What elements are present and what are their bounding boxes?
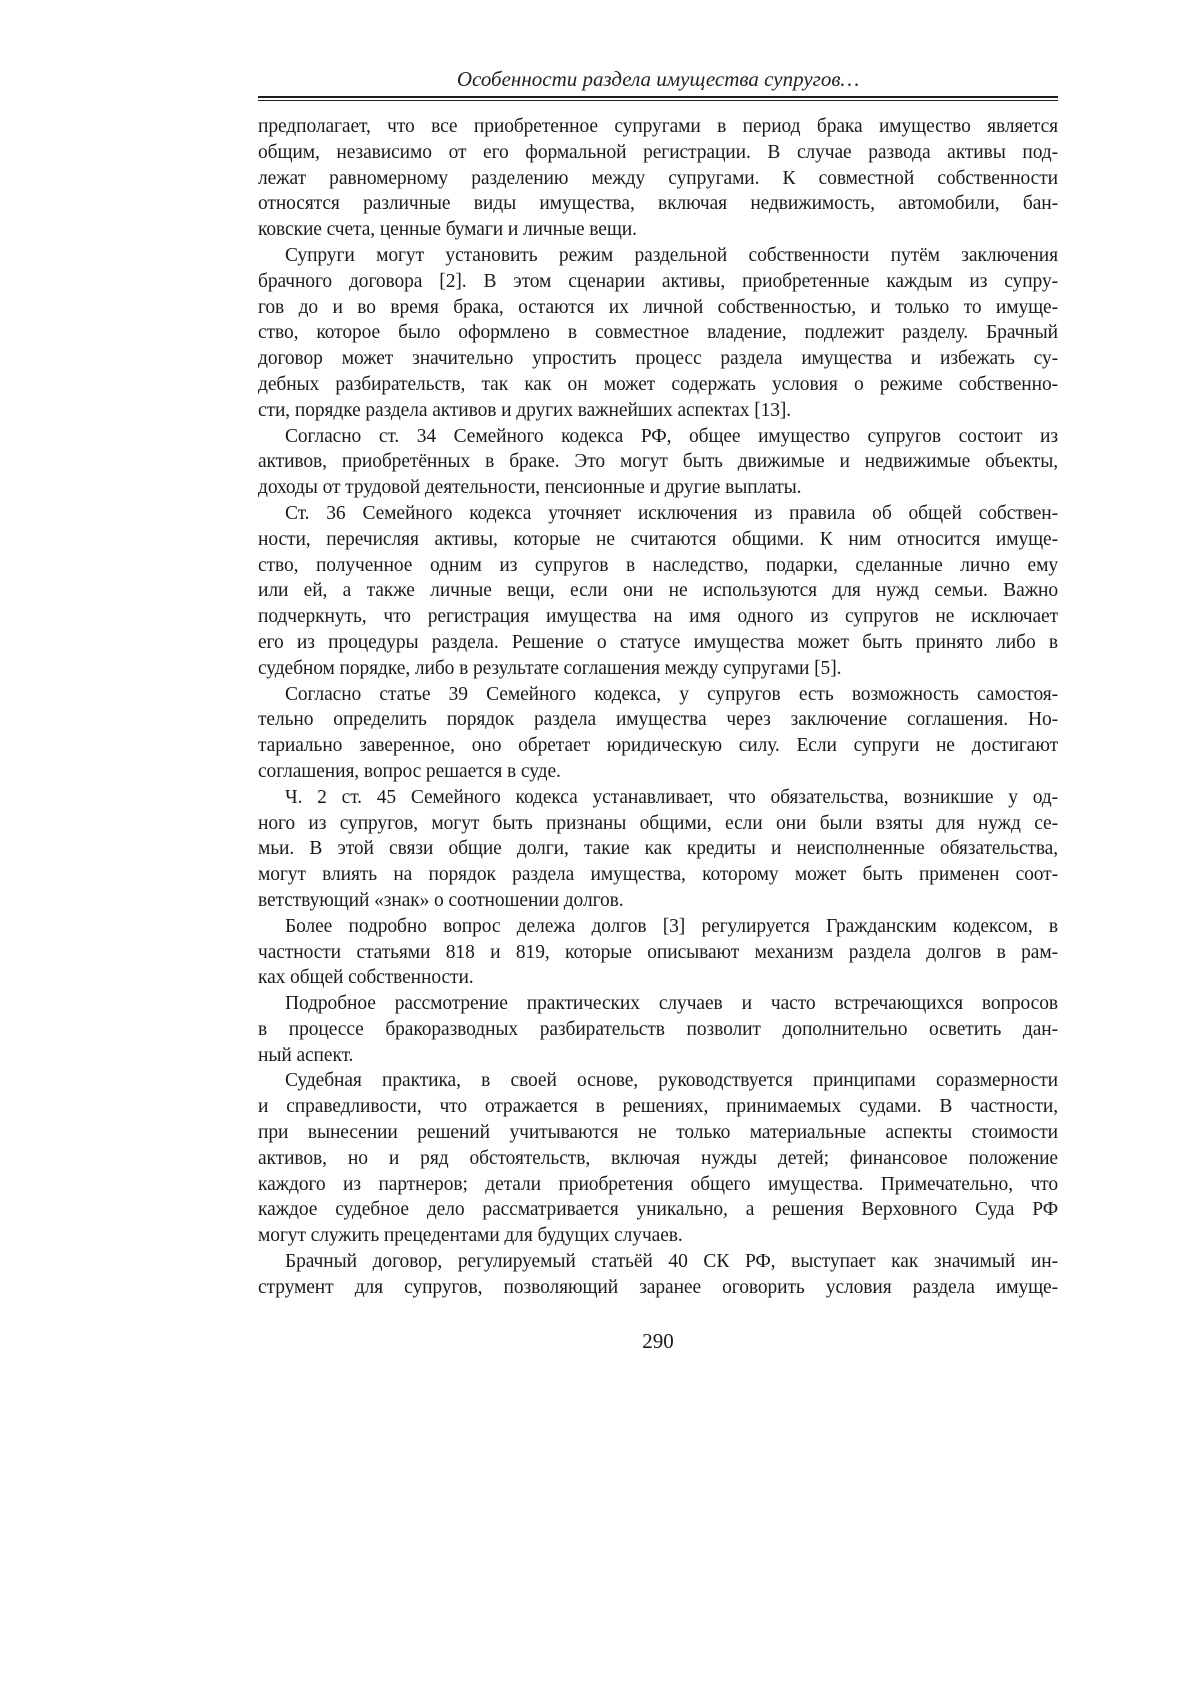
text-line: могут влиять на порядок раздела имуществ… (258, 862, 1058, 888)
paragraph: Ч. 2 ст. 45 Семейного кодекса устанавлив… (258, 785, 1058, 914)
document-page: Особенности раздела имущества супругов… … (0, 0, 1200, 1697)
text-line: ности, перечисляя активы, которые не счи… (258, 527, 1058, 553)
text-line: гов до и во время брака, остаются их лич… (258, 295, 1058, 321)
text-line: ного из супругов, могут быть признаны об… (258, 811, 1058, 837)
text-line: каждого из партнеров; детали приобретени… (258, 1172, 1058, 1198)
text-column: Особенности раздела имущества супругов… … (258, 66, 1058, 1301)
text-line: его из процедуры раздела. Решение о стат… (258, 630, 1058, 656)
text-line: доходы от трудовой деятельности, пенсион… (258, 475, 1058, 501)
text-line: активов, приобретённых в браке. Это могу… (258, 449, 1058, 475)
text-line: каждое судебное дело рассматривается уни… (258, 1197, 1058, 1223)
text-line: Судебная практика, в своей основе, руков… (258, 1068, 1058, 1094)
paragraph: Согласно ст. 34 Семейного кодекса РФ, об… (258, 424, 1058, 501)
text-line: активов, но и ряд обстоятельств, включая… (258, 1146, 1058, 1172)
text-line: предполагает, что все приобретенное супр… (258, 114, 1058, 140)
text-line: в процессе бракоразводных разбирательств… (258, 1017, 1058, 1043)
text-line: подчеркнуть, что регистрация имущества н… (258, 604, 1058, 630)
paragraph: Брачный договор, регулируемый статьёй 40… (258, 1249, 1058, 1301)
text-line: при вынесении решений учитываются не тол… (258, 1120, 1058, 1146)
text-line: договор может значительно упростить проц… (258, 346, 1058, 372)
text-line: ках общей собственности. (258, 965, 1058, 991)
text-line: судебном порядке, либо в результате согл… (258, 656, 1058, 682)
text-line: ство, которое было оформлено в совместно… (258, 320, 1058, 346)
text-line: и справедливости, что отражается в решен… (258, 1094, 1058, 1120)
text-line: сти, порядке раздела активов и других ва… (258, 398, 1058, 424)
text-line: Ч. 2 ст. 45 Семейного кодекса устанавлив… (258, 785, 1058, 811)
text-line: Согласно статье 39 Семейного кодекса, у … (258, 682, 1058, 708)
paragraph: предполагает, что все приобретенное супр… (258, 114, 1058, 243)
text-line: тариально заверенное, оно обретает юриди… (258, 733, 1058, 759)
text-line: ство, полученное одним из супругов в нас… (258, 553, 1058, 579)
text-line: Более подробно вопрос дележа долгов [3] … (258, 914, 1058, 940)
paragraph: Супруги могут установить режим раздельно… (258, 243, 1058, 424)
text-line: мьи. В этой связи общие долги, такие как… (258, 836, 1058, 862)
text-line: брачного договора [2]. В этом сценарии а… (258, 269, 1058, 295)
text-line: Супруги могут установить режим раздельно… (258, 243, 1058, 269)
paragraph: Ст. 36 Семейного кодекса уточняет исключ… (258, 501, 1058, 682)
text-line: струмент для супругов, позволяющий заран… (258, 1275, 1058, 1301)
page-number: 290 (258, 1328, 1058, 1354)
text-line: лежат равномерному разделению между супр… (258, 166, 1058, 192)
text-line: Ст. 36 Семейного кодекса уточняет исключ… (258, 501, 1058, 527)
paragraph: Подробное рассмотрение практических случ… (258, 991, 1058, 1068)
text-line: дебных разбирательств, так как он может … (258, 372, 1058, 398)
text-line: относятся различные виды имущества, вклю… (258, 191, 1058, 217)
text-line: или ей, а также личные вещи, если они не… (258, 578, 1058, 604)
body-text: предполагает, что все приобретенное супр… (258, 114, 1058, 1301)
paragraph: Судебная практика, в своей основе, руков… (258, 1068, 1058, 1249)
text-line: тельно определить порядок раздела имущес… (258, 707, 1058, 733)
text-line: ковские счета, ценные бумаги и личные ве… (258, 217, 1058, 243)
text-line: могут служить прецедентами для будущих с… (258, 1223, 1058, 1249)
text-line: Согласно ст. 34 Семейного кодекса РФ, об… (258, 424, 1058, 450)
text-line: Подробное рассмотрение практических случ… (258, 991, 1058, 1017)
text-line: частности статьями 818 и 819, которые оп… (258, 940, 1058, 966)
text-line: соглашения, вопрос решается в суде. (258, 759, 1058, 785)
paragraph: Более подробно вопрос дележа долгов [3] … (258, 914, 1058, 991)
text-line: общим, независимо от его формальной реги… (258, 140, 1058, 166)
running-head-title: Особенности раздела имущества супругов… (258, 66, 1058, 92)
text-line: Брачный договор, регулируемый статьёй 40… (258, 1249, 1058, 1275)
header-rule (258, 96, 1058, 101)
paragraph: Согласно статье 39 Семейного кодекса, у … (258, 682, 1058, 785)
text-line: ный аспект. (258, 1043, 1058, 1069)
text-line: ветствующий «знак» о соотношении долгов. (258, 888, 1058, 914)
